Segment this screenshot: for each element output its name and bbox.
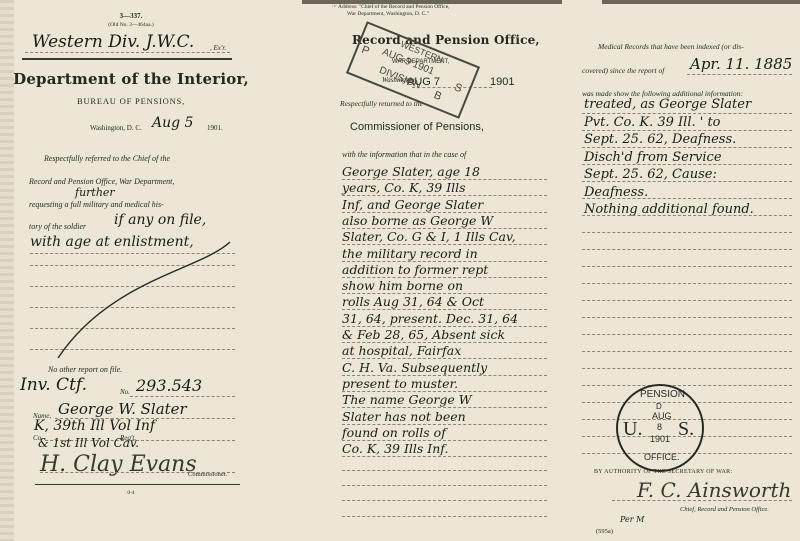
date-handwritten: Aug 5 bbox=[152, 115, 193, 131]
handwritten-line: the military record in bbox=[342, 246, 478, 261]
reply-page: ☞ Address: "Chief of the Record and Pens… bbox=[262, 0, 563, 541]
stamp-month: AUG bbox=[652, 411, 672, 421]
stamp-letter: D bbox=[656, 402, 662, 411]
soldier-name: George W. Slater bbox=[58, 400, 187, 418]
handwritten-line: found on rolls of bbox=[342, 425, 446, 440]
chief-label: Chief, Record and Pension Office. bbox=[680, 506, 769, 513]
handwritten-line: present to muster. bbox=[342, 376, 458, 391]
referral-page: 3—337. (Old No. 3—464aa.) Western Div. J… bbox=[0, 0, 263, 541]
year: 1901. bbox=[207, 124, 223, 132]
strike-through-curve bbox=[50, 240, 240, 360]
address-note: War Department, Washington, D. C." bbox=[347, 11, 429, 17]
number-label: No. bbox=[120, 388, 130, 396]
form-code: (595a) bbox=[596, 528, 613, 535]
address-note: ☞ Address: "Chief of the Record and Pens… bbox=[332, 4, 450, 10]
info-intro: with the information that in the case of bbox=[342, 150, 466, 159]
certificate-type: Inv. Ctf. bbox=[20, 375, 87, 395]
handwritten-line: & Feb 28, 65, Absent sick bbox=[342, 327, 505, 342]
handwritten-line: rolls Aug 31, 64 & Oct bbox=[342, 294, 484, 309]
stamp-letter: B bbox=[432, 89, 443, 103]
handwritten-line: Disch'd from Service bbox=[584, 150, 722, 165]
handwritten-line: The name George W bbox=[342, 392, 472, 407]
handwritten-line: C. H. Va. Subsequently bbox=[342, 360, 487, 375]
chief-signature: F. C. Ainsworth bbox=[637, 478, 791, 502]
commissioner-of-pensions: Commissioner of Pensions, bbox=[350, 121, 484, 133]
handwritten-line: Sept. 25. 62, Deafness. bbox=[584, 132, 736, 147]
handwritten-addition: if any on file, bbox=[114, 212, 206, 228]
stamp-day: 8 bbox=[657, 422, 662, 432]
referral-line: tory of the soldier bbox=[29, 222, 86, 231]
medical-intro: Medical Records that have been indexed (… bbox=[598, 42, 744, 51]
division-handwritten: Western Div. J.W.C. bbox=[32, 32, 194, 52]
handwritten-line: also borne as George W bbox=[342, 213, 493, 228]
stamp-text: U. bbox=[623, 418, 642, 441]
handwritten-line: years, Co. K, 39 Ills bbox=[342, 180, 466, 195]
handwritten-line: Co. K, 39 Ills Inf. bbox=[342, 441, 448, 456]
extra-service: & 1st Ill Vol Cav. bbox=[38, 436, 139, 450]
year: 1901 bbox=[490, 76, 514, 88]
commissioner-signature: H. Clay Evans bbox=[40, 452, 197, 477]
report-date: Apr. 11. 1885 bbox=[690, 55, 792, 73]
insertion-handwritten: further bbox=[75, 186, 115, 199]
handwritten-line: treated, as George Slater bbox=[584, 97, 751, 112]
certificate-number: 293.543 bbox=[136, 376, 202, 395]
old-form-number: (Old No. 3—464aa.) bbox=[0, 22, 262, 28]
examiner-suffix: , Ex'r. bbox=[210, 44, 226, 52]
handwritten-line: Inf, and George Slater bbox=[342, 197, 483, 212]
handwritten-line: addition to former rept bbox=[342, 262, 488, 277]
stamp-letter: S bbox=[452, 81, 463, 95]
referred-text: Respectfully returned to the bbox=[340, 99, 423, 108]
referral-line: Respectfully referred to the Chief of th… bbox=[44, 154, 170, 163]
bureau-title: BUREAU OF PENSIONS, bbox=[0, 96, 262, 106]
company-regiment: K, 39th Ill Vol Inf bbox=[34, 418, 155, 434]
stamp-text: PENSION bbox=[640, 389, 685, 400]
authority-text: BY AUTHORITY OF THE SECRETARY OF WAR: bbox=[594, 469, 732, 475]
referral-line: Record and Pension Office, War Departmen… bbox=[29, 177, 174, 186]
pension-office-stamp: PENSION D U. S. AUG 8 1901 OFFICE. bbox=[616, 384, 704, 472]
department-title: Department of the Interior, bbox=[0, 70, 262, 88]
no-other-report: No other report on file. bbox=[48, 365, 122, 374]
handwritten-line: Sept. 25. 62, Cause: bbox=[584, 167, 717, 182]
medical-records-page: Medical Records that have been indexed (… bbox=[562, 0, 800, 541]
handwritten-line: 31, 64, present. Dec. 31, 64 bbox=[342, 311, 518, 326]
place-printed: Washington, D. C. bbox=[90, 124, 142, 132]
handwritten-line: Slater has not been bbox=[342, 409, 466, 424]
handwritten-line: Slater, Co. G & I, 1 Ills Cav, bbox=[342, 229, 516, 244]
footer-code: 0-4 bbox=[0, 490, 262, 496]
stamp-text: S. bbox=[678, 418, 694, 441]
handwritten-line: at hospital, Fairfax bbox=[342, 343, 461, 358]
form-number: 3—337. bbox=[0, 12, 262, 20]
stamp-letter: P bbox=[360, 44, 371, 58]
handwritten-line: George Slater, age 18 bbox=[342, 164, 480, 179]
stamp-year: 1901 bbox=[650, 434, 670, 444]
stamp-text: OFFICE. bbox=[644, 452, 680, 462]
referral-line: requesting a full military and medical h… bbox=[29, 200, 164, 209]
commissioner-label: Commissioner. bbox=[188, 471, 227, 478]
initials: Per M bbox=[620, 515, 644, 524]
handwritten-line: Pvt. Co. K. 39 Ill. ' to bbox=[584, 115, 721, 130]
medical-intro: covered) since the report of bbox=[582, 66, 664, 75]
handwritten-line: show him borne on bbox=[342, 278, 463, 293]
